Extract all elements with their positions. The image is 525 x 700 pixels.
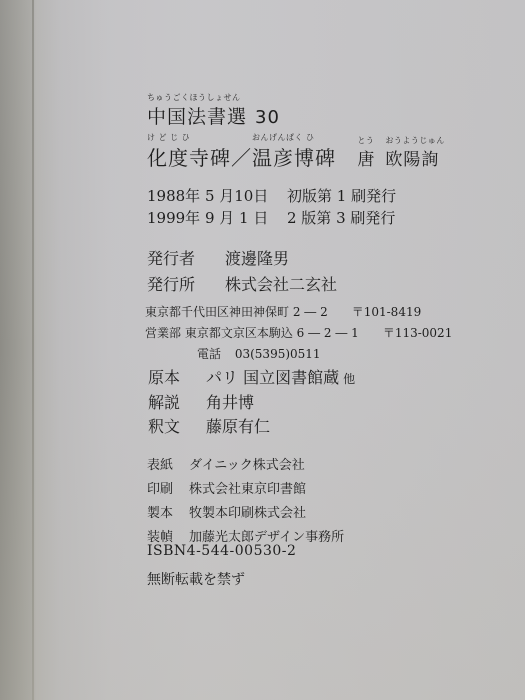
credit-value: 牧製本印刷株式会社: [189, 506, 306, 521]
author-ruby: おうようじゅん: [385, 135, 445, 146]
credit-row: 印刷株式会社東京印書館: [147, 478, 344, 502]
book-title: け ど じ ひ 化度寺碑 ／ おんげんぱく ひ 温彦博碑 とう 唐 おうようじゅ…: [147, 142, 439, 171]
publishing-house-row: 発行所株式会社二玄社: [147, 272, 337, 298]
dynasty: とう 唐: [357, 145, 375, 170]
author-name-text: 欧陽詢: [385, 150, 439, 170]
edition-label: 2 版第 3 刷発行: [287, 207, 395, 229]
sales-office-address: 営業部 東京都文京区本駒込 6 ― 2 ― 1〒113-0021: [145, 323, 452, 344]
credit-value: 藤原有仁: [206, 417, 270, 436]
credit-value: パリ 国立図書館蔵: [206, 368, 339, 387]
title-part2: おんげんぱく ひ 温彦博碑: [252, 142, 336, 171]
credit-value: 角井博: [206, 393, 254, 412]
edition-label: 初版第 1 刷発行: [287, 185, 396, 207]
publisher-name: 渡邊隆男: [225, 249, 289, 268]
dynasty-text: 唐: [357, 150, 375, 170]
head-office-address: 東京都千代田区神田神保町 2 ― 2〒101-8419: [145, 302, 452, 323]
credit-row: 釈文藤原有仁: [148, 415, 355, 439]
publisher-address: 東京都千代田区神田神保町 2 ― 2〒101-8419 営業部 東京都文京区本駒…: [145, 302, 452, 365]
publisher-info: 発行者渡邊隆男 発行所株式会社二玄社: [147, 246, 337, 298]
title-part1-text: 化度寺碑: [147, 146, 231, 170]
rights-notice: 無断転載を禁ず: [147, 569, 245, 589]
title-part1: け ど じ ひ 化度寺碑: [147, 142, 231, 171]
title-part2-text: 温彦博碑: [252, 146, 336, 170]
publisher-row: 発行者渡邊隆男: [147, 246, 337, 272]
credit-row: 解説角井博: [148, 391, 355, 415]
credit-value: ダイニック株式会社: [189, 458, 305, 473]
publishing-house-name: 株式会社二玄社: [225, 275, 337, 294]
edition-row: 1999年 9 月 1 日 2 版第 3 刷発行: [147, 207, 396, 229]
editorial-credits: 原本パリ 国立図書館蔵他 解説角井博 釈文藤原有仁: [148, 366, 355, 439]
credit-label: 印刷: [147, 478, 189, 502]
phone-label: 電話: [197, 347, 221, 361]
address-line: 東京都千代田区神田神保町 2 ― 2: [145, 305, 328, 319]
series-ruby: ちゅうごくほうしょせん: [147, 92, 241, 103]
book-spine-edge: [32, 0, 34, 700]
credit-label: 製本: [147, 502, 189, 526]
author: とう 唐 おうようじゅん 欧陽詢: [357, 150, 439, 170]
postal-code: 〒101-8419: [352, 305, 422, 319]
edition-date: 1999年 9 月 1 日: [147, 207, 265, 229]
phone-row: 電話 03(5395)0511: [145, 344, 452, 365]
credit-value: 株式会社東京印書館: [189, 482, 306, 497]
credit-row: 表紙ダイニック株式会社: [147, 454, 344, 478]
title-part1-ruby: け ど じ ひ: [147, 132, 190, 143]
credit-label: 表紙: [147, 454, 189, 478]
credit-label: 解説: [148, 391, 206, 415]
author-name: おうようじゅん 欧陽詢: [385, 145, 439, 170]
series-title: ちゅうごくほうしょせん 中国法書選 30: [147, 102, 280, 129]
title-separator: ／: [231, 146, 252, 170]
title-part2-ruby: おんげんぱく ひ: [252, 132, 315, 143]
address-line: 東京都文京区本駒込 6 ― 2 ― 1: [185, 326, 359, 340]
phone-number: 03(5395)0511: [235, 347, 321, 361]
credit-suffix: 他: [343, 372, 355, 386]
series-name: ちゅうごくほうしょせん 中国法書選: [147, 102, 247, 129]
edition-history: 1988年 5 月10日 初版第 1 刷発行 1999年 9 月 1 日 2 版…: [147, 185, 396, 229]
postal-code: 〒113-0021: [383, 326, 453, 340]
edition-row: 1988年 5 月10日 初版第 1 刷発行: [147, 185, 396, 207]
series-name-text: 中国法書選: [147, 106, 247, 128]
sales-label: 営業部: [145, 326, 181, 340]
isbn: ISBN4-544-00530-2: [147, 543, 296, 559]
credit-label: 原本: [148, 366, 206, 390]
credit-row: 原本パリ 国立図書館蔵他: [148, 366, 355, 391]
production-credits: 表紙ダイニック株式会社 印刷株式会社東京印書館 製本牧製本印刷株式会社 装幀加藤…: [147, 454, 344, 550]
edition-date: 1988年 5 月10日: [147, 185, 265, 207]
series-number: 30: [255, 107, 280, 128]
credit-label: 釈文: [148, 415, 206, 439]
dynasty-ruby: とう: [357, 135, 374, 146]
publishing-house-label: 発行所: [147, 272, 225, 298]
credit-row: 製本牧製本印刷株式会社: [147, 502, 344, 526]
publisher-label: 発行者: [147, 246, 225, 272]
